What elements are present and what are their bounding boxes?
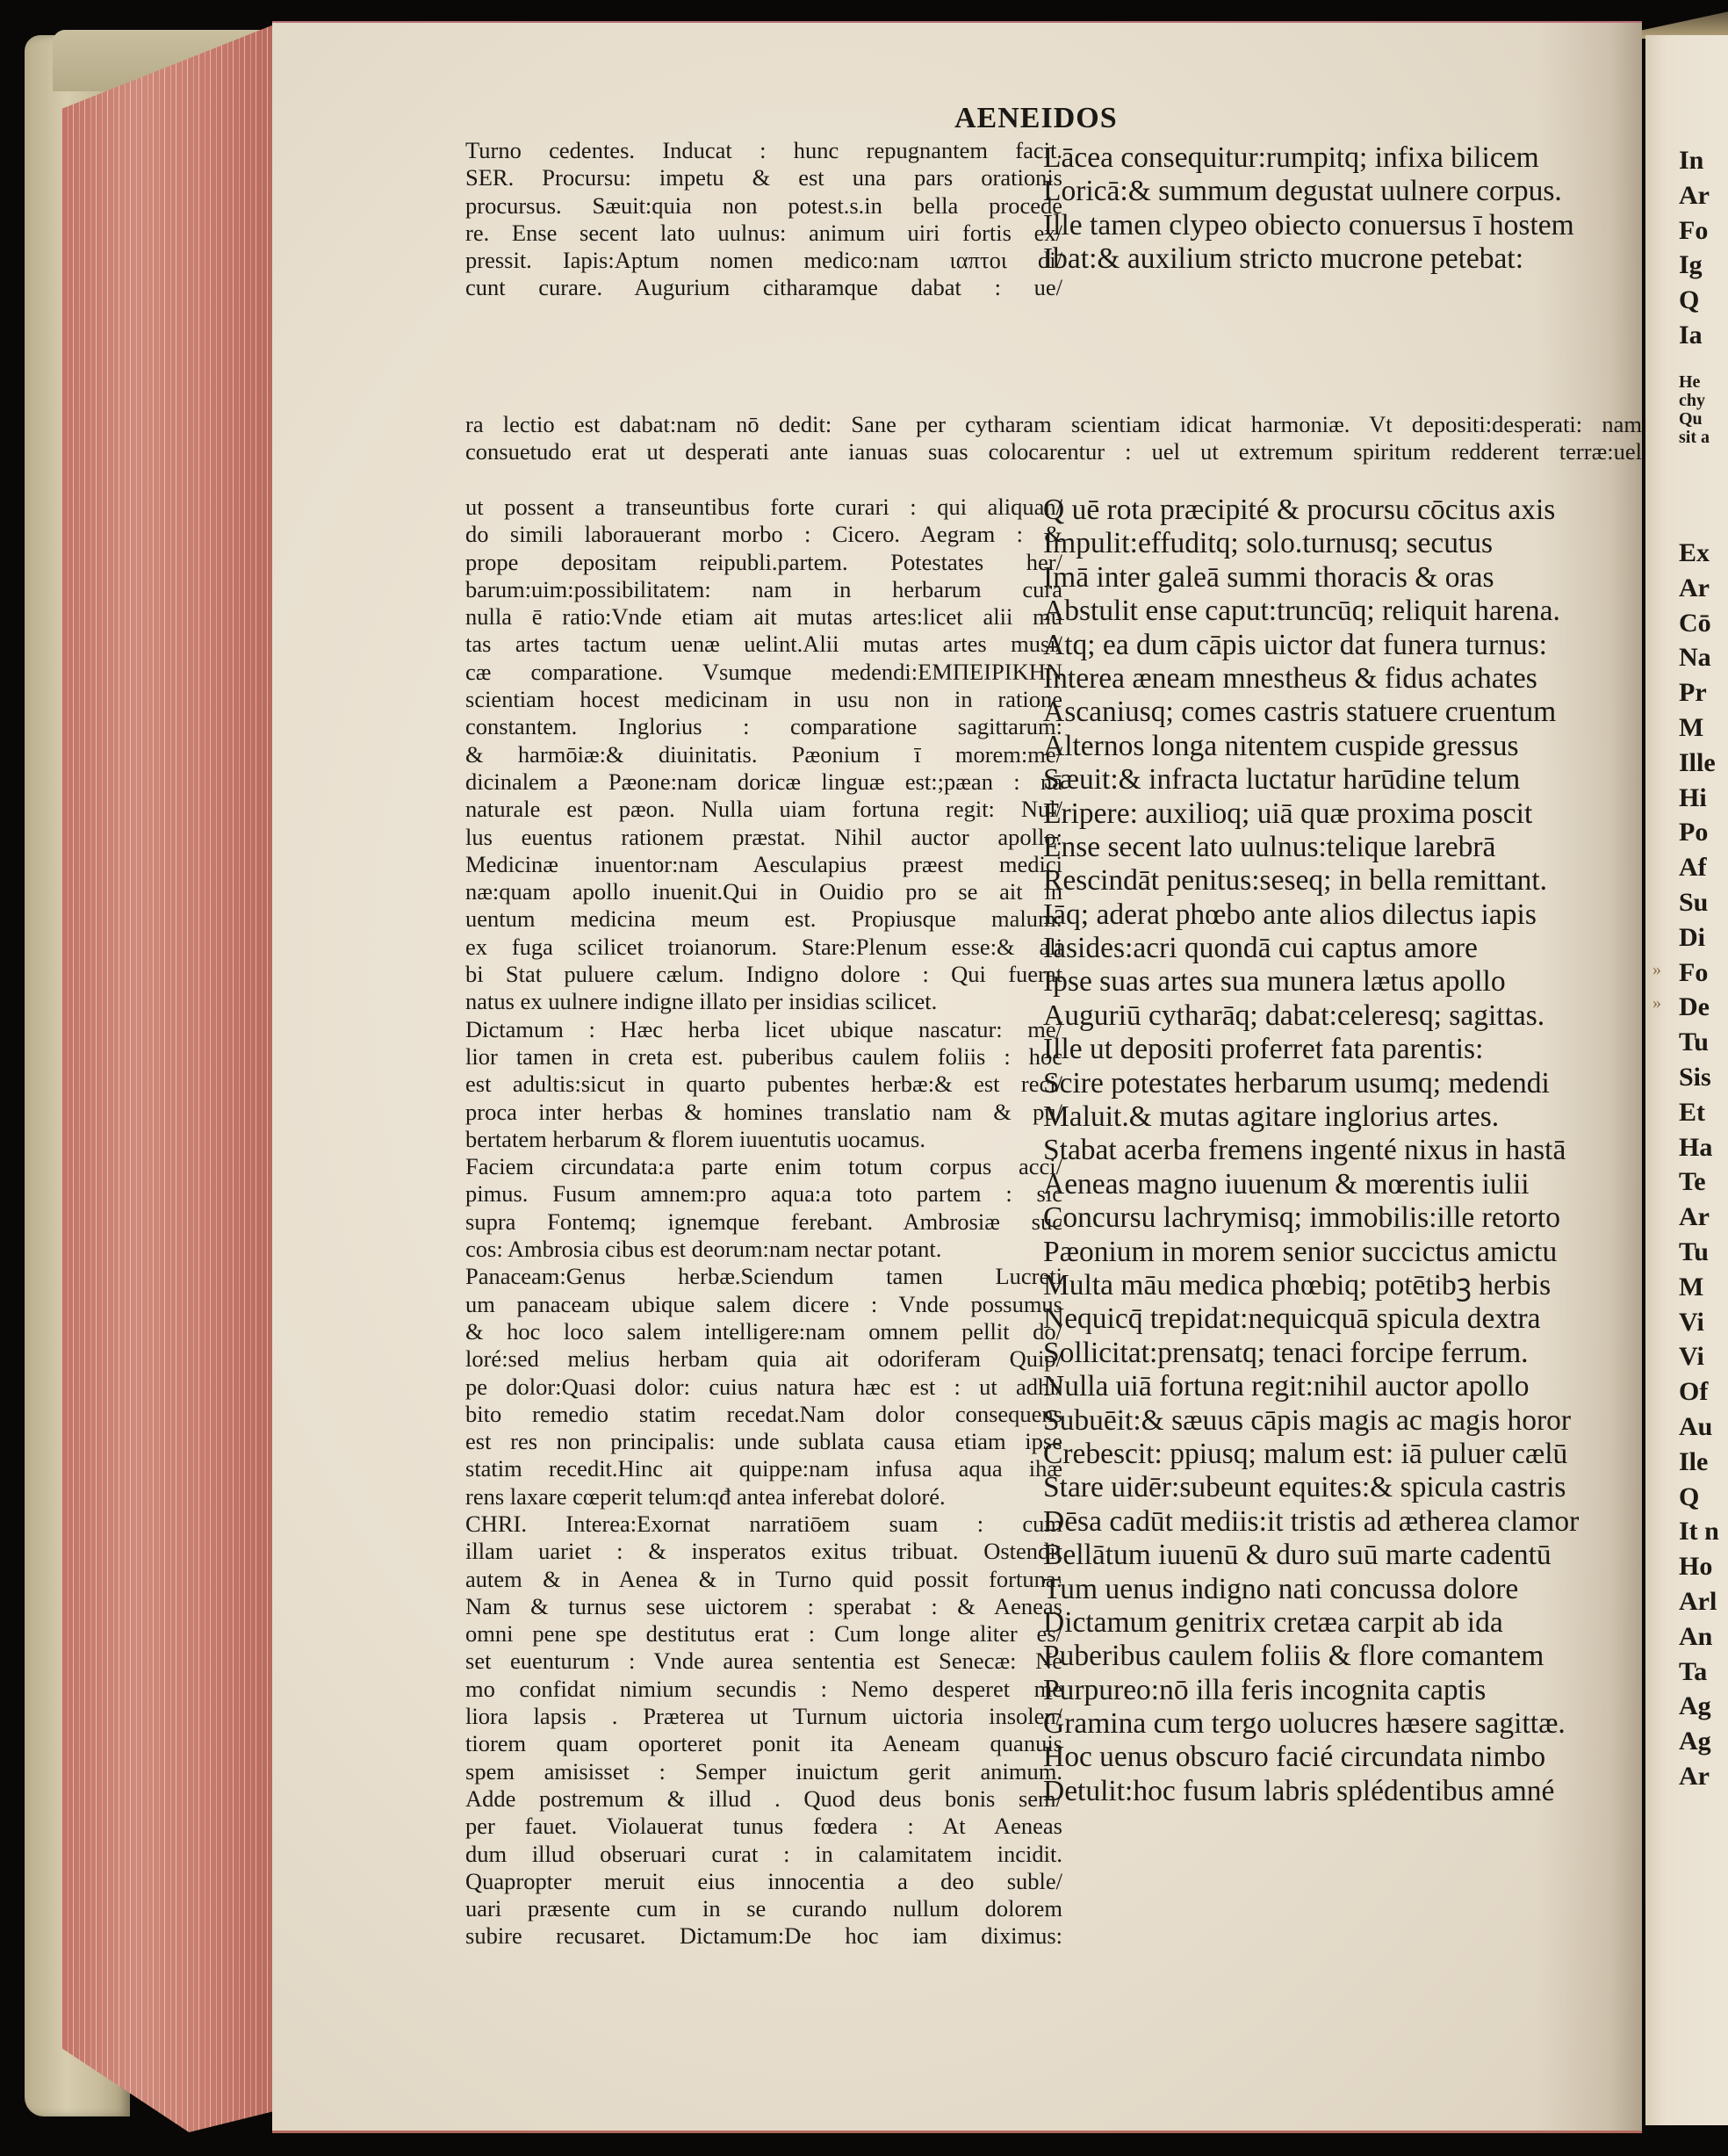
verse-line: Sollicitat:prensatq; tenaci forcipe ferr… (1043, 1337, 1579, 1370)
facing-line: Af (1679, 850, 1719, 885)
commentary-top: Turno cedentes. Inducat : hunc repugnant… (465, 137, 1062, 302)
verse-line: Gramina cum tergo uolucres hæsere sagitt… (1043, 1707, 1579, 1741)
facing-line: Ag (1679, 1689, 1719, 1724)
verse-line: Pæonium in morem senior succictus amictu (1043, 1236, 1579, 1269)
commentary-line: spem amisisset : Semper inuictum gerit a… (465, 1758, 1062, 1785)
commentary-line: tas artes tactum uenæ uelint.Alii mutas … (465, 631, 1062, 658)
facing-line: It n (1679, 1514, 1719, 1549)
facing-line: Ag (1679, 1724, 1719, 1759)
verse-line: Dēsa cadūt mediis:it tristis ad ætherea … (1043, 1505, 1579, 1539)
verse-line: Aeneas magno iuuenum & mœrentis iulii (1043, 1168, 1579, 1201)
commentary-line: bi Stat puluere cælum. Indigno dolore : … (465, 961, 1062, 988)
commentary-line: barum:uim:possibilitatem: nam in herbaru… (465, 576, 1062, 603)
verse-line: Iāq; aderat phœbo ante alios dilectus ia… (1043, 898, 1579, 932)
commentary-line: Quapropter meruit eius innocentia a deo … (465, 1868, 1062, 1895)
commentary-line: illam uariet : & insperatos exitus tribu… (465, 1538, 1062, 1565)
facing-line: Ar (1679, 571, 1719, 606)
commentary-line: uari præsente cum in se curando nullum d… (465, 1895, 1062, 1922)
verse-line: Atq; ea dum cāpis uictor dat funera turn… (1043, 629, 1579, 662)
verse-line: Interea æneam mnestheus & fidus achates (1043, 662, 1579, 696)
facing-line: He (1679, 373, 1710, 392)
commentary-line: autem & in Aenea & in Turno quid possit … (465, 1566, 1062, 1593)
commentary-line: Faciem circundata:a parte enim totum cor… (465, 1153, 1062, 1180)
commentary-line: pimus. Fusum amnem:pro aqua:a toto parte… (465, 1180, 1062, 1208)
facing-line: chy (1679, 392, 1710, 410)
verse-line: Ibat:& auxilium stricto mucrone petebat: (1043, 242, 1574, 276)
verse-line: Nulla uiā fortuna regit:nihil auctor apo… (1043, 1370, 1579, 1403)
manuscript-mark-icon: » (1652, 960, 1661, 980)
verse-line: Tum uenus indigno nati concussa dolore (1043, 1573, 1579, 1606)
facing-line: Ha (1679, 1130, 1719, 1165)
facing-line: M (1679, 710, 1719, 746)
verse-line: Alternos longa nitentem cuspide gressus (1043, 730, 1579, 763)
verse-main: Q uē rota præcipité & procursu cōcitus a… (1043, 494, 1579, 1808)
commentary-line: set euenturum : Vnde aurea sententia est… (465, 1648, 1062, 1675)
commentary-line: prope depositam reipubli.partem. Potesta… (465, 549, 1062, 576)
commentary-line: & harmōiæ:& diuinitatis. Pæonium ī morem… (465, 741, 1062, 768)
verse-line: Ascaniusq; comes castris statuere cruent… (1043, 696, 1579, 729)
facing-line: Ar (1679, 178, 1710, 213)
facing-line: An (1679, 1619, 1719, 1655)
facing-line: M (1679, 1270, 1719, 1305)
commentary-line: tiorem quam oporteret ponit ita Aeneam q… (465, 1730, 1062, 1757)
verse-line: Purpureo:nō illa feris incognita captis (1043, 1674, 1579, 1707)
facing-line: Au (1679, 1410, 1719, 1445)
commentary-line: scientiam hocest medicinam in usu non in… (465, 686, 1062, 713)
verse-line: Stabat acerba fremens ingenté nixus in h… (1043, 1134, 1579, 1167)
verse-line: Imā inter galeā summi thoracis & oras (1043, 561, 1579, 595)
facing-line: Fo (1679, 955, 1719, 991)
commentary-line: Turno cedentes. Inducat : hunc repugnant… (465, 137, 1062, 164)
commentary-line: nulla ē ratio:Vnde etiam ait mutas artes… (465, 603, 1062, 631)
verse-line: Ille ut depositi proferret fata parentis… (1043, 1033, 1579, 1066)
verse-line: Eripere: auxilioq; uiā quæ proxima posci… (1043, 797, 1579, 831)
verse-line: Dictamum genitrix cretæa carpit ab ida (1043, 1606, 1579, 1640)
facing-line: Et (1679, 1095, 1719, 1130)
commentary-line: re. Ense secent lato uulnus: animum uiri… (465, 220, 1062, 247)
facing-page-text-c: Ex Ar Cō Na Pr M Ille Hi Po Af Su Di Fo … (1679, 536, 1719, 1794)
facing-line: Tu (1679, 1235, 1719, 1270)
facing-page-text-a: In Ar Fo Ig Q Ia (1679, 143, 1710, 353)
verse-line: Puberibus caulem foliis & flore comantem (1043, 1640, 1579, 1673)
commentary-line: loré:sed melius herbam quia ait odorifer… (465, 1345, 1062, 1373)
facing-line: Vi (1679, 1305, 1719, 1340)
commentary-line: omni pene spe destitutus erat : Cum long… (465, 1620, 1062, 1648)
facing-line: De (1679, 990, 1719, 1025)
facing-line: Sis (1679, 1060, 1719, 1095)
commentary-line: ex fuga scilicet troianorum. Stare:Plenu… (465, 934, 1062, 961)
commentary-line: & hoc loco salem intelligere:nam omnem p… (465, 1318, 1062, 1345)
book-photograph: AENEIDOS Turno cedentes. Inducat : hunc … (0, 0, 1728, 2156)
verse-line: Concursu lachrymisq; immobilis:ille reto… (1043, 1201, 1579, 1235)
commentary-line: proca inter herbas & homines translatio … (465, 1099, 1062, 1126)
commentary-line: bito remedio statim recedat.Nam dolor co… (465, 1401, 1062, 1428)
verse-line: Sæuit:& infracta luctatur harūdine telum (1043, 763, 1579, 797)
commentary-main: ut possent a transeuntibus forte curari … (465, 494, 1062, 1950)
verse-line: Lācea consequitur:rumpitq; infixa bilice… (1043, 141, 1574, 175)
commentary-line: cunt curare. Augurium citharamque dabat … (465, 274, 1062, 301)
commentary-line: pe dolor:Quasi dolor: cuius natura hæc e… (465, 1374, 1062, 1401)
verse-line: Scire potestates herbarum usumq; medendi (1043, 1067, 1579, 1100)
facing-line: Ar (1679, 1200, 1719, 1235)
commentary-line: Adde postremum & illud . Quod deus bonis… (465, 1785, 1062, 1813)
verse-line: Loricā:& summum degustat uulnere corpus. (1043, 175, 1574, 208)
verse-line: Rescindāt penitus:seseq; in bella remitt… (1043, 864, 1579, 898)
verse-line: Stare uidēr:subeunt equites:& spicula ca… (1043, 1471, 1579, 1504)
commentary-line: consuetudo erat ut desperati ante ianuas… (465, 438, 1642, 465)
verse-top: Lācea consequitur:rumpitq; infixa bilice… (1043, 141, 1574, 277)
commentary-line: supra Fontemq; ignemque ferebant. Ambros… (465, 1208, 1062, 1236)
facing-line: Ex (1679, 536, 1719, 571)
facing-line: Fo (1679, 213, 1710, 249)
verse-line: Bellātum iuuenū & duro suū marte cadentū (1043, 1539, 1579, 1572)
facing-line: Vi (1679, 1339, 1719, 1374)
commentary-line: rens laxare cœperit telum:qđ antea infer… (465, 1483, 1062, 1511)
commentary-line: uentum medicina meum est. Propiusque mal… (465, 905, 1062, 933)
commentary-line: liora lapsis . Præterea ut Turnum uictor… (465, 1703, 1062, 1730)
commentary-line: per fauet. Violauerat tunus fœdera : At … (465, 1813, 1062, 1840)
commentary-line: naturale est pæon. Nulla uiam fortuna re… (465, 796, 1062, 823)
commentary-line: ra lectio est dabat:nam nō dedit: Sane p… (465, 411, 1642, 438)
facing-line: Su (1679, 885, 1719, 920)
commentary-line: bertatem herbarum & florem iuuentutis uo… (465, 1126, 1062, 1153)
facing-line: Ia (1679, 318, 1710, 353)
facing-line: Di (1679, 920, 1719, 955)
commentary-line: næ:quam apollo inuenit.Qui in Ouidio pro… (465, 878, 1062, 905)
commentary-line: est adultis:sicut in quarto pubentes her… (465, 1071, 1062, 1098)
commentary-line: natus ex uulnere indigne illato per insi… (465, 988, 1062, 1015)
verse-line: Multa māu medica phœbiq; potētibꝫ herbis (1043, 1269, 1579, 1302)
facing-line: Q (1679, 1480, 1719, 1515)
verse-line: Crebescit: ppiusq; malum est: iā puluer … (1043, 1438, 1579, 1471)
facing-line: In (1679, 143, 1710, 178)
facing-line: Ile (1679, 1445, 1719, 1480)
commentary-line: lior tamen in creta est. puberibus caule… (465, 1043, 1062, 1071)
facing-line: Te (1679, 1165, 1719, 1200)
verse-line: Auguriū cytharāq; dabat:celeresq; sagitt… (1043, 999, 1579, 1033)
facing-line: sit a (1679, 429, 1710, 447)
facing-line: Ig (1679, 248, 1710, 283)
facing-line: Of (1679, 1374, 1719, 1410)
facing-page-text-b: He chy Qu sit a (1679, 373, 1710, 447)
commentary-line: ut possent a transeuntibus forte curari … (465, 494, 1062, 521)
facing-line: Ille (1679, 746, 1719, 781)
facing-line: Ho (1679, 1549, 1719, 1584)
commentary-line: dum illud obseruari curat : in calamitat… (465, 1841, 1062, 1868)
facing-line: Qu (1679, 410, 1710, 429)
commentary-line: constantem. Inglorius : comparatione sag… (465, 713, 1062, 740)
commentary-line: pressit. Iapis:Aptum nomen medico:nam ια… (465, 247, 1062, 274)
verse-line: Detulit:hoc fusum labris splédentibus am… (1043, 1775, 1579, 1808)
facing-line: Hi (1679, 781, 1719, 816)
verse-line: Ense secent lato uulnus:telique larebrā (1043, 831, 1579, 864)
commentary-line: cæ comparatione. Vsumque medendi:ΕΜΠΕΙΡΙ… (465, 659, 1062, 686)
commentary-line: CHRI. Interea:Exornat narratiōem suam : … (465, 1511, 1062, 1538)
verse-line: Maluit.& mutas agitare inglorius artes. (1043, 1100, 1579, 1134)
commentary-line: SER. Procursu: impetu & est una pars ora… (465, 164, 1062, 191)
facing-line: Na (1679, 640, 1719, 675)
commentary-line: Dictamum : Hæc herba licet ubique nascat… (465, 1016, 1062, 1043)
commentary-line: procursus. Sæuit:quia non potest.s.in be… (465, 192, 1062, 220)
commentary-line: um panaceam ubique salem dicere : Vnde p… (465, 1291, 1062, 1318)
verse-line: Ipse suas artes sua munera lætus apollo (1043, 965, 1579, 999)
commentary-line: do simili laborauerant morbo : Cicero. A… (465, 521, 1062, 548)
verse-line: Iasides:acri quondā cui captus amore (1043, 932, 1579, 965)
facing-line: Ar (1679, 1759, 1719, 1794)
verse-line: Impulit:effuditq; solo.turnusq; secutus (1043, 527, 1579, 560)
facing-line: Ta (1679, 1655, 1719, 1690)
commentary-line: subire recusaret. Dictamum:De hoc iam di… (465, 1922, 1062, 1950)
commentary-line: mo confidat nimium secundis : Nemo despe… (465, 1676, 1062, 1703)
verse-line: Hoc uenus obscuro facié circundata nimbo (1043, 1741, 1579, 1774)
verse-line: Abstulit ense caput:truncūq; reliquit ha… (1043, 595, 1579, 628)
commentary-line: statim recedit.Hinc ait quippe:nam infus… (465, 1455, 1062, 1482)
verse-line: Nequicq̄ trepidat:nequicquā spicula dext… (1043, 1302, 1579, 1336)
commentary-line: cos: Ambrosia cibus est deorum:nam necta… (465, 1236, 1062, 1263)
running-head: AENEIDOS (954, 102, 1118, 135)
commentary-line: lus euentus rationem præstat. Nihil auct… (465, 824, 1062, 851)
verse-line: Q uē rota præcipité & procursu cōcitus a… (1043, 494, 1579, 527)
facing-line: Q (1679, 283, 1710, 318)
commentary-line: Panaceam:Genus herbæ.Sciendum tamen Lucr… (465, 1263, 1062, 1290)
red-sprinkled-fore-edge (61, 25, 274, 2132)
facing-line: Cō (1679, 606, 1719, 641)
facing-line: Po (1679, 815, 1719, 850)
commentary-line: est res non principalis: unde sublata ca… (465, 1428, 1062, 1455)
commentary-line: Medicinæ inuentor:nam Aesculapius præest… (465, 851, 1062, 878)
facing-line: Tu (1679, 1025, 1719, 1060)
commentary-line: Nam & turnus sese uictorem : sperabat : … (465, 1593, 1062, 1620)
commentary-wide: ra lectio est dabat:nam nō dedit: Sane p… (465, 411, 1642, 466)
manuscript-mark-icon: » (1652, 993, 1661, 1013)
commentary-line: dicinalem a Pæone:nam doricæ linguæ est:… (465, 768, 1062, 796)
verse-line: Subuēit:& sæuus cāpis magis ac magis hor… (1043, 1404, 1579, 1438)
verse-line: Ille tamen clypeo obiecto conuersus ī ho… (1043, 209, 1574, 242)
facing-line: Pr (1679, 675, 1719, 710)
facing-line: Arl (1679, 1584, 1719, 1619)
